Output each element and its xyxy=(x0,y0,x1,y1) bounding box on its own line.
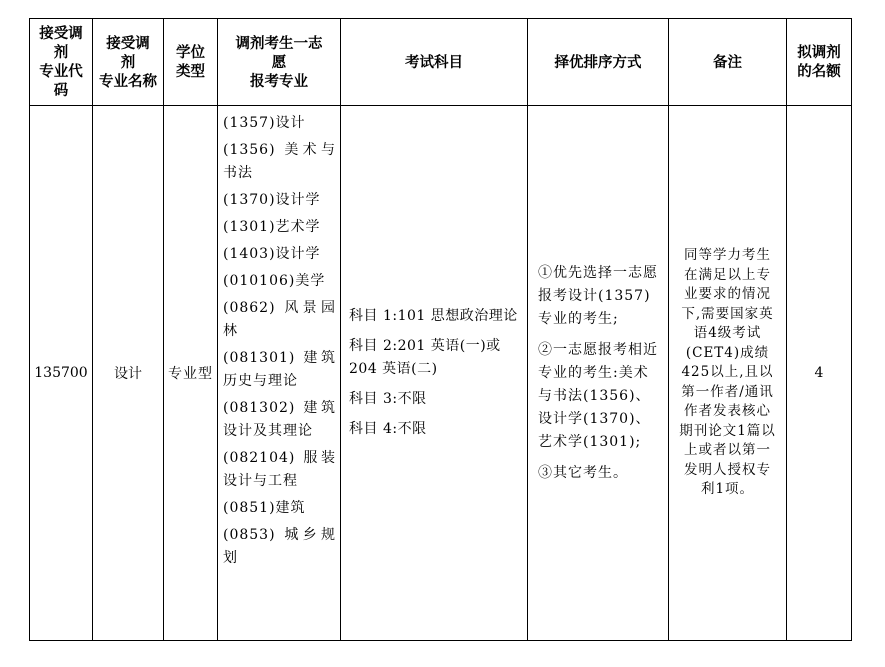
degree-type: 专业型 xyxy=(164,106,218,641)
exam-subject-item: 科目 1:101 思想政治理论 xyxy=(349,305,521,328)
major-item: (0862) 风景园林 xyxy=(223,297,336,343)
header-degree-type: 学位 类型 xyxy=(164,19,218,106)
exam-subject-item: 科目 3:不限 xyxy=(349,388,521,411)
header-text: 拟调剂 xyxy=(787,43,851,62)
header-major-code: 接受调 剂 专业代 码 xyxy=(30,19,93,106)
header-text: 调剂考生一志 xyxy=(218,34,340,53)
header-text: 专业代 xyxy=(30,62,92,81)
first-choice-majors: (1357)设计 (1356) 美术与书法 (1370)设计学 (1301)艺术… xyxy=(218,106,341,641)
major-item: (0851)建筑 xyxy=(223,497,336,520)
ranking-item: ①优先选择一志愿报考设计(1357)专业的考生; xyxy=(538,262,662,331)
header-row: 接受调 剂 专业代 码 接受调 剂 专业名称 学位 类型 调剂考生一志 愿 报考… xyxy=(30,19,852,106)
major-item: (1301)艺术学 xyxy=(223,216,336,239)
notes: 同等学力考生在满足以上专业要求的情况下,需要国家英语4级考试(CET4)成绩42… xyxy=(669,106,787,641)
header-text: 专业名称 xyxy=(93,72,163,91)
header-notes: 备注 xyxy=(669,19,787,106)
exam-subject-item: 科目 2:201 英语(一)或 204 英语(二) xyxy=(349,335,521,381)
header-text: 剂 xyxy=(93,53,163,72)
ranking-item: ③其它考生。 xyxy=(538,462,662,485)
header-ranking-method: 择优排序方式 xyxy=(528,19,669,106)
header-quota: 拟调剂 的名额 xyxy=(787,19,852,106)
header-major-name: 接受调 剂 专业名称 xyxy=(93,19,164,106)
table-row: 135700 设计 专业型 (1357)设计 (1356) 美术与书法 (137… xyxy=(30,106,852,641)
header-text: 报考专业 xyxy=(218,72,340,91)
major-item: (082104) 服装设计与工程 xyxy=(223,447,336,493)
major-item: (1357)设计 xyxy=(223,112,336,135)
major-item: (0853) 城乡规划 xyxy=(223,524,336,570)
header-text: 的名额 xyxy=(787,62,851,81)
major-item: (081302) 建筑设计及其理论 xyxy=(223,397,336,443)
major-item: (010106)美学 xyxy=(223,270,336,293)
ranking-item: ②一志愿报考相近专业的考生:美术与书法(1356)、设计学(1370)、艺术学(… xyxy=(538,339,662,454)
header-text: 剂 xyxy=(30,43,92,62)
ranking-method: ①优先选择一志愿报考设计(1357)专业的考生; ②一志愿报考相近专业的考生:美… xyxy=(528,106,669,641)
header-text: 接受调 xyxy=(93,34,163,53)
exam-subjects: 科目 1:101 思想政治理论 科目 2:201 英语(一)或 204 英语(二… xyxy=(341,106,528,641)
header-text: 愿 xyxy=(218,53,340,72)
major-name: 设计 xyxy=(93,106,164,641)
major-item: (1356) 美术与书法 xyxy=(223,139,336,185)
major-code: 135700 xyxy=(30,106,93,641)
major-item: (1403)设计学 xyxy=(223,243,336,266)
quota: 4 xyxy=(787,106,852,641)
adjustment-table: 接受调 剂 专业代 码 接受调 剂 专业名称 学位 类型 调剂考生一志 愿 报考… xyxy=(29,18,852,641)
major-item: (081301) 建筑历史与理论 xyxy=(223,347,336,393)
header-exam-subjects: 考试科目 xyxy=(341,19,528,106)
header-text: 码 xyxy=(30,81,92,100)
major-item: (1370)设计学 xyxy=(223,189,336,212)
header-text: 接受调 xyxy=(30,24,92,43)
header-text: 类型 xyxy=(164,62,217,81)
header-first-choice-major: 调剂考生一志 愿 报考专业 xyxy=(218,19,341,106)
header-text: 学位 xyxy=(164,43,217,62)
exam-subject-item: 科目 4:不限 xyxy=(349,418,521,441)
